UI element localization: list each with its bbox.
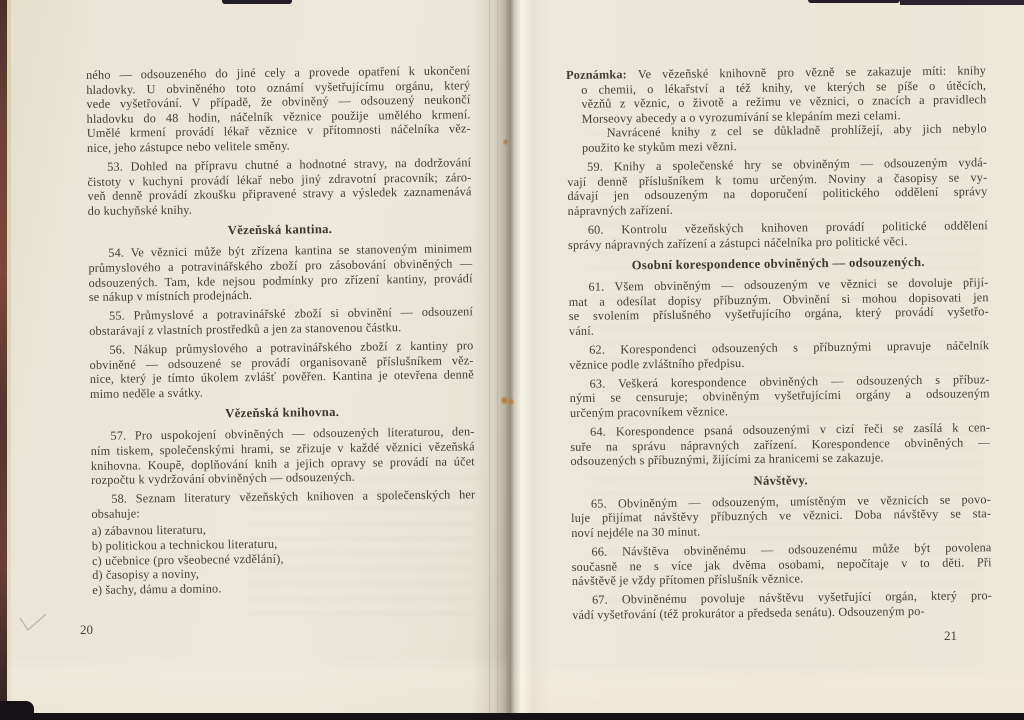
section-heading: Vězeňská kantina. — [88, 221, 472, 241]
book-page-block-edge — [0, 0, 7, 720]
paragraph: 58. Seznam literatury vězeňských knihove… — [91, 488, 475, 522]
paragraph: 59. Knihy a společenské hry se obviněným… — [567, 155, 988, 218]
paragraph: 54. Ve věznici může být zřízena kantina … — [88, 242, 473, 305]
paragraph: ného — odsouzeného do jiné cely a proved… — [86, 63, 471, 155]
page-number-left: 20 — [80, 622, 93, 638]
underlying-page-edge — [497, 0, 498, 713]
section-heading: Vězeňská knihovna. — [90, 404, 474, 424]
page-bottom-edge — [7, 656, 508, 713]
paragraph: 62. Korespondenci odsouzených s příbuzný… — [569, 338, 989, 372]
paragraph: 61. Všem obviněným — odsouzeným ve vězni… — [568, 275, 989, 338]
book-scan: ného — odsouzeného do jiné cely a proved… — [0, 0, 1024, 720]
underlying-page-edge — [489, 0, 490, 713]
section-heading: Osobní korespondence obviněných — odsouz… — [568, 254, 988, 274]
background-strip — [0, 713, 1024, 720]
paragraph: 60. Kontrolu vězeňských knihoven provádí… — [568, 218, 988, 252]
paragraph: 55. Průmyslové a potravinářské zboží si … — [89, 305, 473, 339]
note-paragraph: Navrácené knihy z cel se důkladně prohlí… — [567, 122, 987, 156]
paragraph: 66. Návštěva obviněnému — odsouzenému mů… — [571, 540, 991, 589]
left-page-text: ného — odsouzeného do jiné cely a proved… — [86, 63, 476, 597]
right-page-text: Poznámka: Ve vězeňské knihovně pro vězně… — [566, 63, 992, 622]
paragraph: 64. Korespondence psaná odsouzenými v ci… — [570, 420, 990, 469]
stain — [501, 396, 508, 405]
paragraph: 56. Nákup průmyslového a potravinářského… — [89, 338, 474, 401]
pencil-check-mark — [16, 608, 50, 634]
paragraph: 65. Obviněným — odsouzeným, umístěným ve… — [571, 492, 991, 541]
note-label: Poznámka: — [566, 67, 638, 82]
stain — [503, 139, 508, 145]
paragraph: 63. Veškerá korespondence obviněných — o… — [570, 372, 990, 421]
page-bottom-edge — [508, 664, 1024, 713]
list: a) zábavnou literaturu,b) politickou a t… — [92, 520, 477, 598]
paragraph: 57. Pro uspokojení obviněných — odsouzen… — [90, 425, 475, 488]
paragraph: 67. Obviněnému povoluje návštěvu vyšetřu… — [572, 589, 992, 623]
section-heading: Návštěvy. — [571, 471, 991, 491]
paragraph: 53. Dohled na přípravu chutné a hodnotné… — [87, 155, 472, 218]
note: Poznámka: Ve vězeňské knihovně pro vězně… — [566, 63, 987, 126]
stain — [508, 398, 514, 406]
page-number-right: 21 — [944, 628, 957, 644]
